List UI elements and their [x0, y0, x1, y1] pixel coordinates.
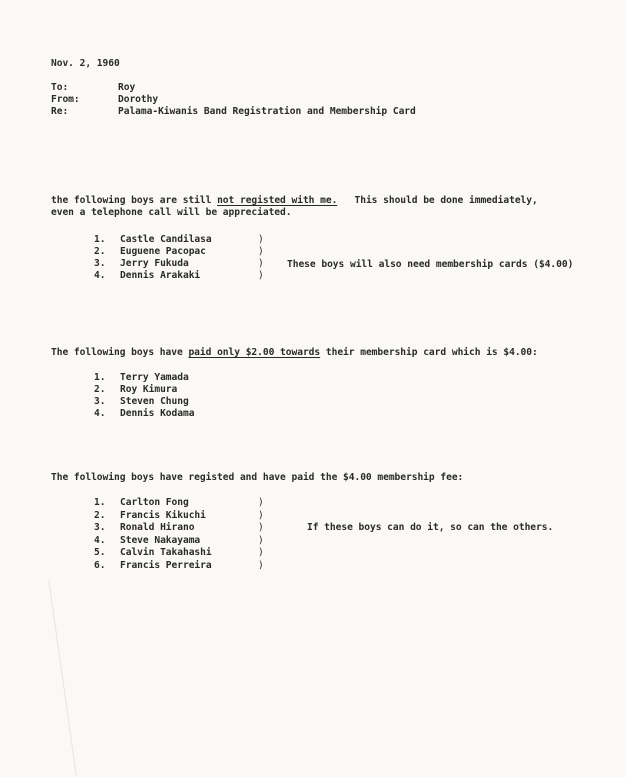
section1-emphasis: not registed with me.: [217, 195, 337, 206]
bracket: ): [258, 547, 264, 559]
section3-note: If these boys can do it, so can the othe…: [307, 522, 553, 534]
item-name: Ronald Hirano: [120, 522, 194, 534]
section1-note: These boys will also need membership car…: [287, 259, 573, 271]
section1-text: the following boys are still: [51, 195, 217, 206]
section3-intro: The following boys have registed and hav…: [51, 472, 463, 484]
item-number: 4.: [94, 270, 105, 282]
bracket: ): [258, 522, 264, 534]
item-name: Terry Yamada: [120, 372, 189, 384]
item-number: 3.: [94, 258, 105, 270]
item-name: Francis Kikuchi: [120, 510, 206, 522]
item-name: Dennis Kodama: [120, 408, 194, 420]
section2-emphasis: paid only $2.00 towards: [188, 347, 320, 358]
section2-intro: The following boys have paid only $2.00 …: [51, 347, 538, 359]
item-number: 2.: [94, 510, 105, 522]
item-number: 1.: [94, 372, 105, 384]
item-name: Steve Nakayama: [120, 535, 200, 547]
from-value: Dorothy: [118, 94, 158, 106]
item-number: 3.: [94, 522, 105, 534]
paper-crease: [48, 580, 136, 775]
item-name: Roy Kimura: [120, 384, 177, 396]
item-number: 2.: [94, 246, 105, 258]
bracket: ): [258, 497, 264, 509]
item-number: 5.: [94, 547, 105, 559]
item-number: 4.: [94, 535, 105, 547]
bracket: ): [258, 246, 264, 258]
section2-text: The following boys have: [51, 347, 188, 358]
item-name: Jerry Fukuda: [120, 258, 189, 270]
item-name: Francis Perreira: [120, 560, 212, 572]
item-number: 3.: [94, 396, 105, 408]
section1-line1: the following boys are still not registe…: [51, 195, 538, 207]
item-name: Carlton Fong: [120, 497, 189, 509]
bracket: ): [258, 258, 264, 270]
item-name: Castle Candilasa: [120, 234, 212, 246]
section1-text-cont: This should be done immediately,: [337, 195, 537, 206]
re-label: Re:: [51, 106, 68, 118]
item-name: Calvin Takahashi: [120, 547, 212, 559]
re-value: Palama-Kiwanis Band Registration and Mem…: [118, 106, 416, 118]
item-name: Euguene Pacopac: [120, 246, 206, 258]
section2-text-cont: their membership card which is $4.00:: [320, 347, 538, 358]
item-number: 2.: [94, 384, 105, 396]
bracket: ): [258, 535, 264, 547]
item-number: 1.: [94, 234, 105, 246]
bracket: ): [258, 270, 264, 282]
item-number: 4.: [94, 408, 105, 420]
item-name: Steven Chung: [120, 396, 189, 408]
from-label: From:: [51, 94, 80, 106]
bracket: ): [258, 510, 264, 522]
to-value: Roy: [118, 82, 135, 94]
bracket: ): [258, 560, 264, 572]
section1-line2: even a telephone call will be appreciate…: [51, 207, 292, 219]
to-label: To:: [51, 82, 68, 94]
bracket: ): [258, 234, 264, 246]
memo-page: Nov. 2, 1960 To: Roy From: Dorothy Re: P…: [0, 0, 626, 777]
memo-date: Nov. 2, 1960: [51, 58, 120, 70]
item-name: Dennis Arakaki: [120, 270, 200, 282]
item-number: 1.: [94, 497, 105, 509]
item-number: 6.: [94, 560, 105, 572]
